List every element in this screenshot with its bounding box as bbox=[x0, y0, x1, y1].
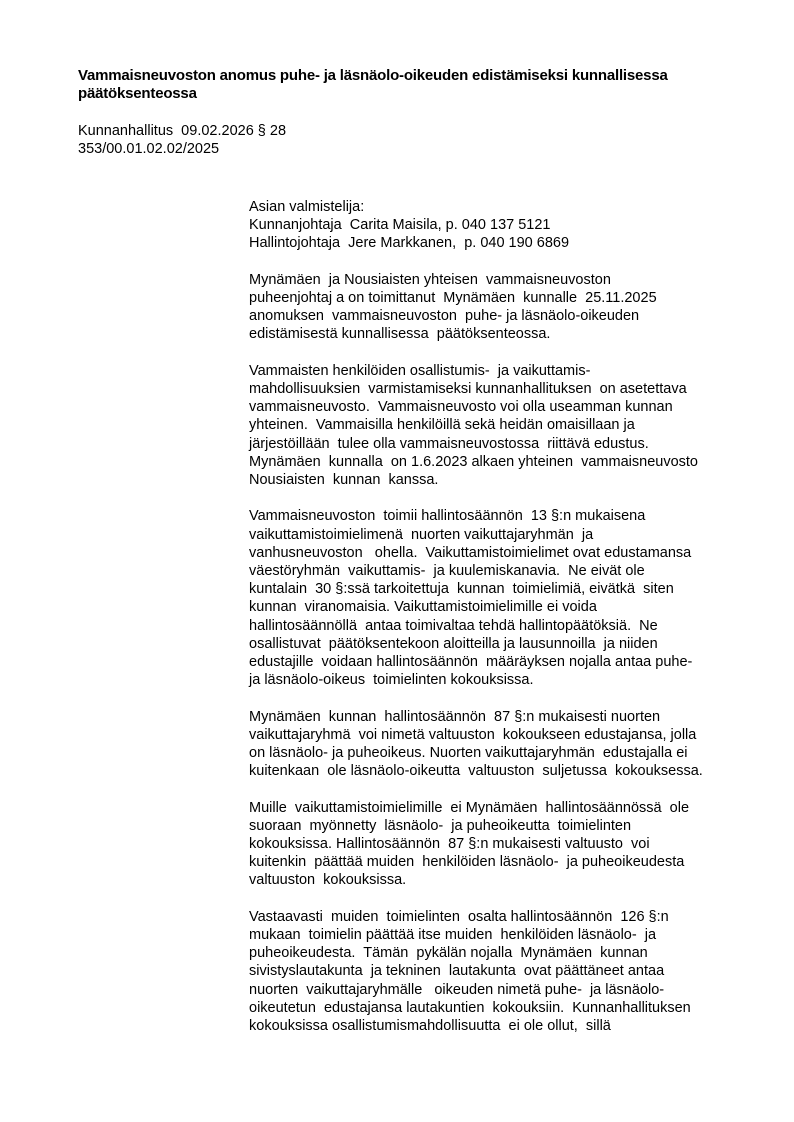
paragraph-line: Vastaavasti muiden toimielinten osalta h… bbox=[249, 908, 769, 926]
paragraph-line: Asian valmistelija: bbox=[249, 198, 769, 216]
document-body: Asian valmistelija:Kunnanjohtaja Carita … bbox=[249, 198, 769, 1053]
body-paragraph: Mynämäen kunnan hallintosäännön 87 §:n m… bbox=[249, 708, 769, 781]
paragraph-line: yhteinen. Vammaisilla henkilöillä sekä h… bbox=[249, 416, 769, 434]
paragraph-line: vaikuttamistoimielimenä nuorten vaikutta… bbox=[249, 526, 769, 544]
paragraph-line: väestöryhmän vaikuttamis- ja kuulemiskan… bbox=[249, 562, 769, 580]
body-paragraph: Muille vaikuttamistoimielimille ei Mynäm… bbox=[249, 799, 769, 890]
paragraph-line: Hallintojohtaja Jere Markkanen, p. 040 1… bbox=[249, 234, 769, 252]
paragraph-line: nuorten vaikuttajaryhmälle oikeuden nime… bbox=[249, 981, 769, 999]
paragraph-line: Mynämäen kunnan hallintosäännön 87 §:n m… bbox=[249, 708, 769, 726]
paragraph-line: järjestöillään tulee olla vammaisneuvost… bbox=[249, 435, 769, 453]
paragraph-line: kokouksissa osallistumismahdollisuutta e… bbox=[249, 1017, 769, 1035]
title-line: Vammaisneuvoston anomus puhe- ja läsnäol… bbox=[78, 67, 758, 85]
paragraph-line: edistämisestä kunnallisessa päätöksenteo… bbox=[249, 325, 769, 343]
preparer-info: Asian valmistelija:Kunnanjohtaja Carita … bbox=[249, 198, 769, 253]
body-paragraph: Mynämäen ja Nousiaisten yhteisen vammais… bbox=[249, 271, 769, 344]
paragraph-line: sivistyslautakunta ja tekninen lautakunt… bbox=[249, 962, 769, 980]
paragraph-line: mahdollisuuksien varmistamiseksi kunnanh… bbox=[249, 380, 769, 398]
paragraph-line: vammaisneuvosto. Vammaisneuvosto voi oll… bbox=[249, 398, 769, 416]
paragraph-line: kuitenkaan ole läsnäolo-oikeutta valtuus… bbox=[249, 762, 769, 780]
body-paragraph: Vammaisneuvoston toimii hallintosäännön … bbox=[249, 507, 769, 689]
record-number: 353/00.01.02.02/2025 bbox=[78, 140, 286, 158]
paragraph-line: valtuuston kokouksissa. bbox=[249, 871, 769, 889]
body-paragraph: Vammaisten henkilöiden osallistumis- ja … bbox=[249, 362, 769, 489]
paragraph-line: vaikuttajaryhmä voi nimetä valtuuston ko… bbox=[249, 726, 769, 744]
paragraph-line: Mynämäen kunnalla on 1.6.2023 alkaen yht… bbox=[249, 453, 769, 471]
paragraph-line: edustajille voidaan hallintosäännön määr… bbox=[249, 653, 769, 671]
document-meta: Kunnanhallitus 09.02.2026 § 28 353/00.01… bbox=[78, 122, 286, 158]
meeting-reference: Kunnanhallitus 09.02.2026 § 28 bbox=[78, 122, 286, 140]
title-line: päätöksenteossa bbox=[78, 85, 758, 103]
paragraph-line: osallistuvat päätöksentekoon aloitteilla… bbox=[249, 635, 769, 653]
paragraph-line: Muille vaikuttamistoimielimille ei Mynäm… bbox=[249, 799, 769, 817]
paragraph-line: vanhusneuvoston ohella. Vaikuttamistoimi… bbox=[249, 544, 769, 562]
paragraph-line: hallintosäännöllä antaa toimivaltaa tehd… bbox=[249, 617, 769, 635]
paragraph-line: ja läsnäolo-oikeus toimielinten kokouksi… bbox=[249, 671, 769, 689]
paragraph-line: Kunnanjohtaja Carita Maisila, p. 040 137… bbox=[249, 216, 769, 234]
document-title: Vammaisneuvoston anomus puhe- ja läsnäol… bbox=[78, 67, 758, 103]
paragraph-line: Vammaisneuvoston toimii hallintosäännön … bbox=[249, 507, 769, 525]
paragraph-line: suoraan myönnetty läsnäolo- ja puheoikeu… bbox=[249, 817, 769, 835]
paragraph-line: Nousiaisten kunnan kanssa. bbox=[249, 471, 769, 489]
paragraph-line: Mynämäen ja Nousiaisten yhteisen vammais… bbox=[249, 271, 769, 289]
paragraph-line: Vammaisten henkilöiden osallistumis- ja … bbox=[249, 362, 769, 380]
paragraph-line: kuitenkin päättää muiden henkilöiden läs… bbox=[249, 853, 769, 871]
paragraph-line: kunnan viranomaisia. Vaikuttamistoimieli… bbox=[249, 598, 769, 616]
paragraph-line: puheoikeudesta. Tämän pykälän nojalla My… bbox=[249, 944, 769, 962]
paragraph-line: kuntalain 30 §:ssä tarkoitettuja kunnan … bbox=[249, 580, 769, 598]
paragraph-line: on läsnäolo- ja puheoikeus. Nuorten vaik… bbox=[249, 744, 769, 762]
body-paragraph: Vastaavasti muiden toimielinten osalta h… bbox=[249, 908, 769, 1035]
paragraph-line: kokouksissa. Hallintosäännön 87 §:n muka… bbox=[249, 835, 769, 853]
paragraph-line: puheenjohtaj a on toimittanut Mynämäen k… bbox=[249, 289, 769, 307]
paragraph-line: anomuksen vammaisneuvoston puhe- ja läsn… bbox=[249, 307, 769, 325]
paragraph-line: mukaan toimielin päättää itse muiden hen… bbox=[249, 926, 769, 944]
paragraph-line: oikeutetun edustajansa lautakuntien koko… bbox=[249, 999, 769, 1017]
